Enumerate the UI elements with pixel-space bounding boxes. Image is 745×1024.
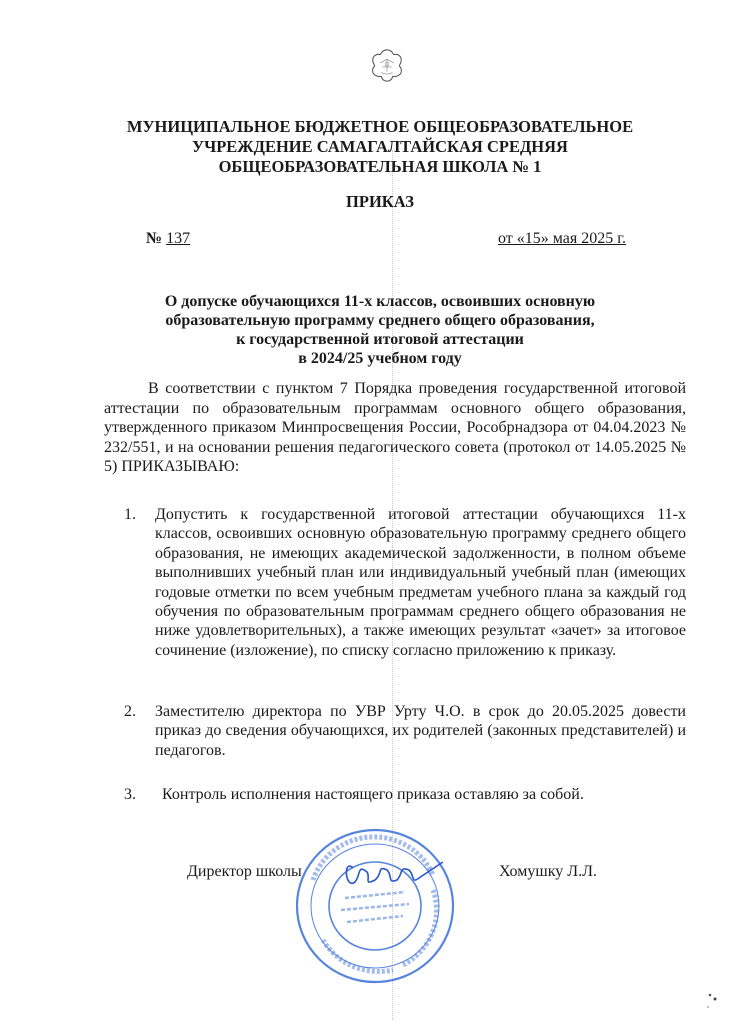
document-page: МУНИЦИПАЛЬНОЕ БЮДЖЕТНОЕ ОБЩЕОБРАЗОВАТЕЛЬ… [0,0,745,1024]
item-text: Допустить к государственной итоговой атт… [155,506,686,659]
header-line: МУНИЦИПАЛЬНОЕ БЮДЖЕТНОЕ ОБЩЕОБРАЗОВАТЕЛЬ… [100,117,660,137]
official-stamp-icon [283,820,473,990]
order-date: от «15» мая 2025 г. [498,230,626,248]
subject-line: О допуске обучающихся 11-х классов, осво… [100,292,660,311]
document-type-title: ПРИКАЗ [100,192,660,212]
subject-line: в 2024/25 учебном году [100,349,660,368]
subject-line: образовательную программу среднего общег… [100,311,660,330]
item-marker: 3. [124,785,136,804]
order-item-1: 1. Допустить к государственной итоговой … [124,505,686,660]
item-text: Заместителю директора по УВР Урту Ч.О. в… [155,703,686,759]
order-number: № 137 [146,230,190,248]
item-marker: 1. [124,505,136,524]
order-number-value: 137 [166,230,190,247]
order-number-label: № [146,230,162,247]
header-line: УЧРЕЖДЕНИЕ САМАГАЛТАЙСКАЯ СРЕДНЯЯ [100,137,660,157]
subject-line: к государственной итоговой аттестации [100,330,660,349]
preamble-paragraph: В соответствии с пунктом 7 Порядка прове… [104,379,686,477]
order-item-2: 2. Заместителю директора по УВР Урту Ч.О… [124,702,686,760]
signatory-name: Хомушку Л.Л. [499,863,597,881]
emblem-icon [368,46,406,84]
header-line: ОБЩЕОБРАЗОВАТЕЛЬНАЯ ШКОЛА № 1 [100,157,660,177]
item-text: Контроль исполнения настоящего приказа о… [162,786,584,803]
order-item-3: 3. Контроль исполнения настоящего приказ… [124,785,686,804]
order-subject: О допуске обучающихся 11-х классов, осво… [100,292,660,368]
organization-header: МУНИЦИПАЛЬНОЕ БЮДЖЕТНОЕ ОБЩЕОБРАЗОВАТЕЛЬ… [100,117,660,177]
scan-artifact-icon [700,985,730,1015]
item-marker: 2. [124,702,136,721]
